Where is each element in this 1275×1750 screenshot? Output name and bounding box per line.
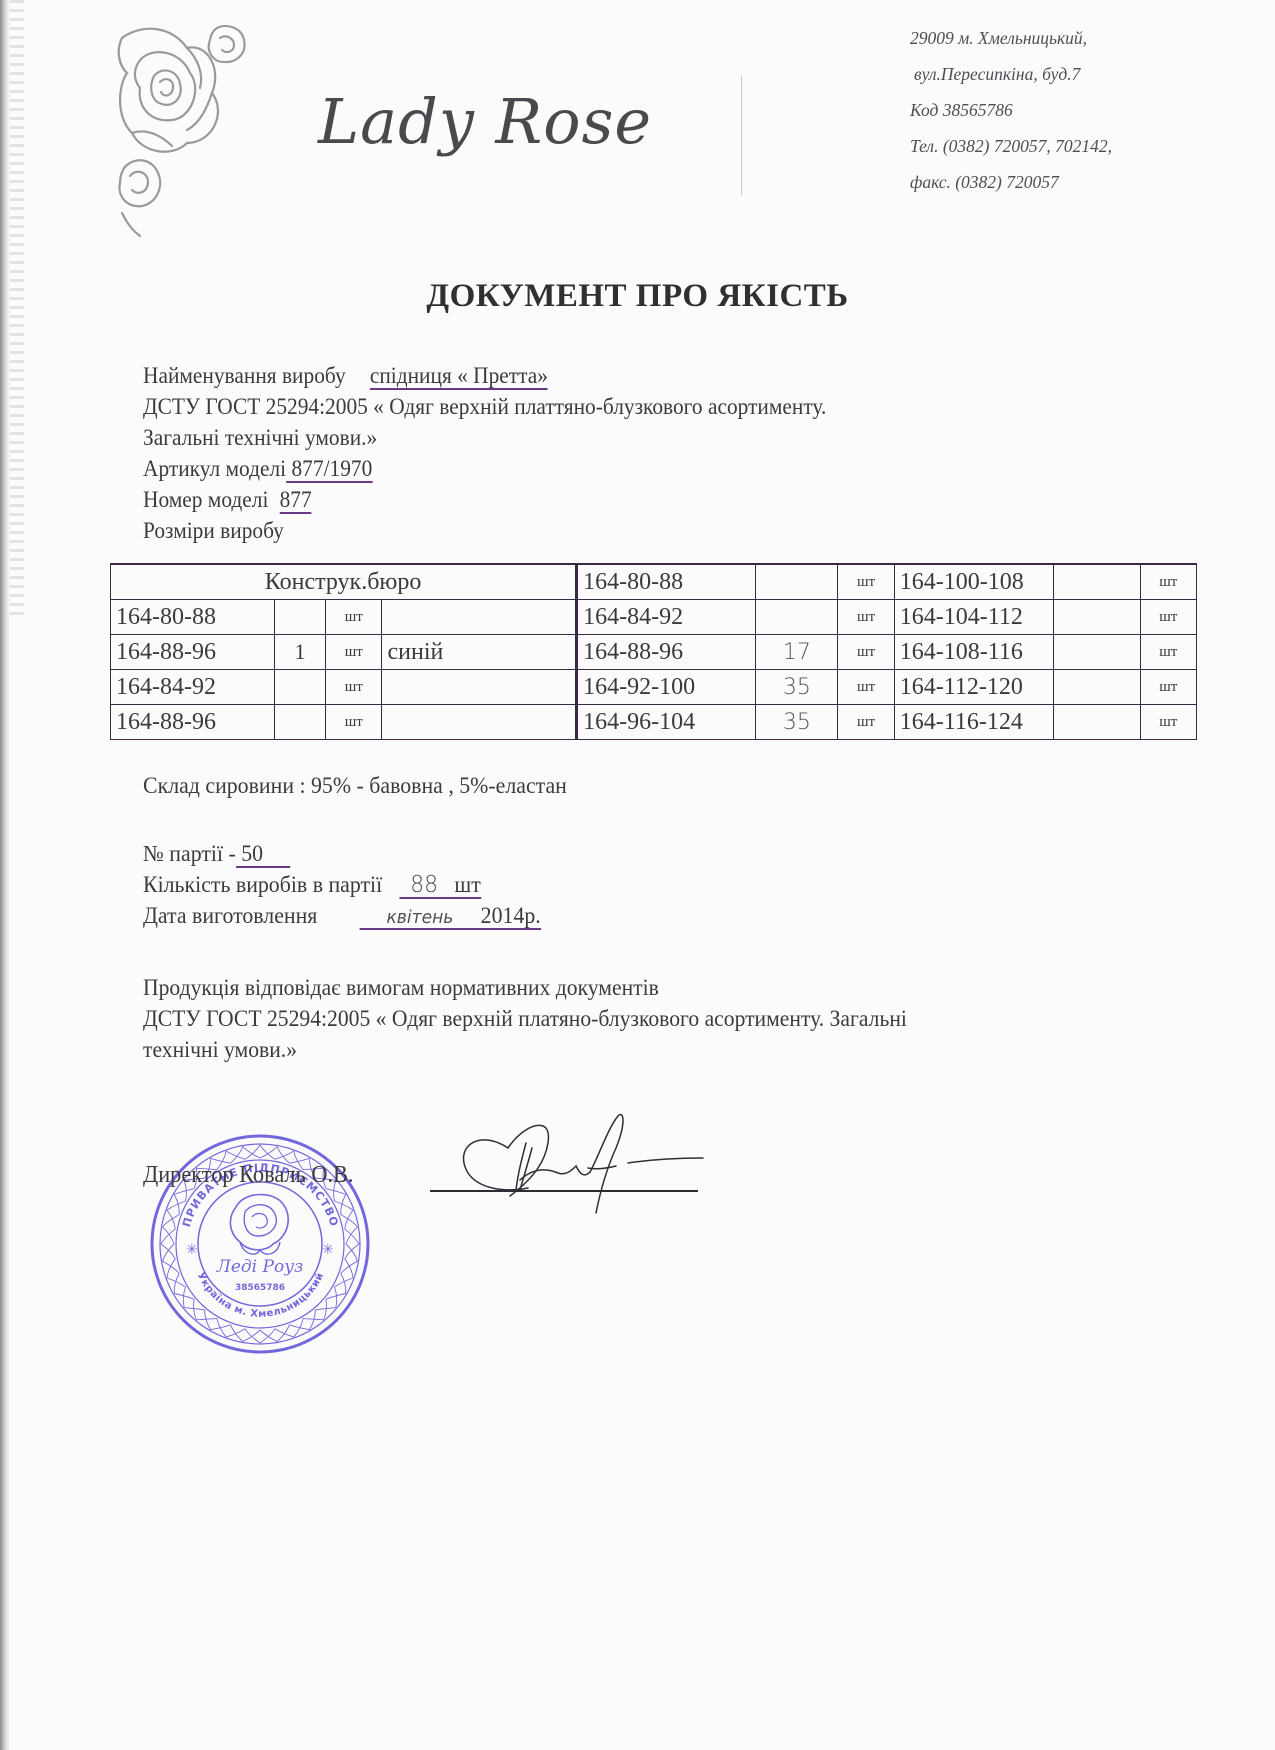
- size-cell: 164-88-96: [577, 635, 756, 670]
- conformity-line-2: ДСТУ ГОСТ 25294:2005 « Одяг верхній плат…: [143, 1003, 1177, 1034]
- unit-cell: шт: [1140, 670, 1196, 705]
- color-note-cell: [382, 670, 577, 705]
- document-title: ДОКУМЕНТ ПРО ЯКІСТЬ: [0, 278, 1275, 315]
- manufacture-date-label: Дата виготовлення: [143, 903, 317, 928]
- stamp-center-text: Леді Роуз: [216, 1257, 304, 1277]
- unit-cell: шт: [838, 635, 894, 670]
- model-number-label: Номер моделі: [143, 487, 268, 512]
- scan-edge: [0, 0, 10, 1750]
- unit-cell: шт: [1140, 635, 1196, 670]
- manufacture-month-handwritten: квітень: [386, 907, 453, 928]
- batch-number: 50: [241, 841, 263, 866]
- unit-cell: шт: [1140, 564, 1196, 600]
- quantity-cell: 17: [756, 635, 838, 670]
- quantity-cell: [1053, 635, 1140, 670]
- batch-info: № партії - 50 Кількість виробів в партії…: [143, 838, 562, 931]
- size-cell: 164-112-120: [894, 670, 1053, 705]
- unit-cell: шт: [838, 564, 894, 600]
- standard-line-1: ДСТУ ГОСТ 25294:2005 « Одяг верхній плат…: [143, 391, 1147, 422]
- address-line: вул.Пересипкіна, буд.7: [910, 56, 1250, 92]
- quantity-cell: [1053, 705, 1140, 740]
- quantity-cell: [1053, 670, 1140, 705]
- conformity-line-3: технічні умови.»: [143, 1034, 1177, 1065]
- size-cell: 164-116-124: [894, 705, 1053, 740]
- product-name-label: Найменування виробу: [143, 363, 346, 388]
- batch-count-unit: шт: [454, 872, 480, 897]
- size-cell: 164-104-112: [894, 600, 1053, 635]
- size-cell: 164-96-104: [577, 705, 756, 740]
- article-value: 877/1970: [286, 456, 372, 483]
- standard-line-2: Загальні технічні умови.»: [143, 422, 1147, 453]
- unit-cell: шт: [326, 635, 382, 670]
- svg-text:Україна м. Хмельницький: Україна м. Хмельницький: [195, 1271, 327, 1320]
- unit-cell: шт: [838, 600, 894, 635]
- conformity-statement: Продукція відповідає вимогам нормативних…: [143, 972, 1243, 1065]
- article-label: Артикул моделі: [143, 456, 286, 481]
- stamp-bottom-text: Україна м. Хмельницький: [195, 1271, 327, 1320]
- quantity-cell: [274, 600, 325, 635]
- model-number-value: 877: [280, 487, 312, 514]
- quantity-cell: [1053, 600, 1140, 635]
- color-note-cell: [382, 600, 577, 635]
- batch-number-value: 50: [236, 841, 291, 868]
- director-label: Директор Коваль О.В.: [143, 1160, 353, 1191]
- article-row: Артикул моделі 877/1970: [143, 453, 1147, 484]
- quantity-cell: [274, 670, 325, 705]
- brand-logo: Lady Rose: [318, 85, 658, 195]
- size-cell: 164-80-88: [111, 600, 275, 635]
- quantity-cell: [1053, 564, 1140, 600]
- batch-count-handwritten: 88: [410, 872, 438, 898]
- svg-text:✳: ✳: [186, 1242, 198, 1258]
- quantity-cell: 35: [756, 670, 838, 705]
- unit-cell: шт: [1140, 705, 1196, 740]
- unit-cell: шт: [838, 670, 894, 705]
- svg-text:✳: ✳: [322, 1242, 334, 1258]
- conformity-line-1: Продукція відповідає вимогам нормативних…: [143, 972, 1177, 1003]
- color-note-cell: [382, 705, 577, 740]
- table-row: Конструк.бюро164-80-88шт164-100-108шт: [111, 564, 1197, 600]
- batch-count-value: 88 шт: [399, 872, 481, 899]
- quantity-cell: 1: [274, 635, 325, 670]
- batch-count-label: Кількість виробів в партії: [143, 872, 382, 897]
- table-row: 164-88-96шт164-96-10435шт164-116-124шт: [111, 705, 1197, 740]
- address-line: 29009 м. Хмельницький,: [910, 20, 1250, 56]
- size-cell: 164-84-92: [577, 600, 756, 635]
- unit-cell: шт: [326, 705, 382, 740]
- quantity-cell: 35: [756, 705, 838, 740]
- size-cell: 164-100-108: [894, 564, 1053, 600]
- composition-text: Склад сировини : 95% - бавовна , 5%-елас…: [143, 770, 567, 801]
- size-cell: 164-80-88: [577, 564, 756, 600]
- product-name-value: спідниця « Претта»: [370, 363, 548, 390]
- manufacture-year: 2014р.: [481, 903, 541, 928]
- rose-ornament-icon: [112, 18, 252, 238]
- quantity-cell: [274, 705, 325, 740]
- batch-number-row: № партії - 50: [143, 838, 541, 869]
- address-line: Код 38565786: [910, 92, 1250, 128]
- batch-number-label: № партії -: [143, 841, 236, 866]
- design-bureau-header: Конструк.бюро: [111, 564, 577, 600]
- size-cell: 164-92-100: [577, 670, 756, 705]
- quantity-cell: [756, 600, 838, 635]
- stamp-code: 38565786: [235, 1283, 285, 1293]
- batch-count-row: Кількість виробів в партії 88 шт: [143, 869, 541, 900]
- director-signature-row: Директор Коваль О.В.: [143, 1160, 369, 1191]
- article-number: 877/1970: [291, 456, 372, 481]
- manufacture-date-row: Дата виготовлення квітень 2014р.: [143, 900, 541, 931]
- color-note-cell: синій: [382, 635, 577, 670]
- unit-cell: шт: [326, 600, 382, 635]
- size-cell: 164-88-96: [111, 705, 275, 740]
- table-row: 164-84-92шт164-92-10035шт164-112-120шт: [111, 670, 1197, 705]
- size-cell: 164-84-92: [111, 670, 275, 705]
- unit-cell: шт: [1140, 600, 1196, 635]
- product-info: Найменування виробуспідниця « Претта» ДС…: [143, 360, 1223, 546]
- unit-cell: шт: [326, 670, 382, 705]
- size-cell: 164-108-116: [894, 635, 1053, 670]
- sizes-label: Розміри виробу: [143, 515, 1147, 546]
- table-row: 164-80-88шт164-84-92шт164-104-112шт: [111, 600, 1197, 635]
- company-address: 29009 м. Хмельницький, вул.Пересипкіна, …: [910, 20, 1250, 200]
- address-line: Тел. (0382) 720057, 702142,: [910, 128, 1250, 164]
- address-line: факс. (0382) 720057: [910, 164, 1250, 200]
- size-table: Конструк.бюро164-80-88шт164-100-108шт164…: [110, 563, 1197, 740]
- size-cell: 164-88-96: [111, 635, 275, 670]
- unit-cell: шт: [838, 705, 894, 740]
- product-name-row: Найменування виробуспідниця « Претта»: [143, 360, 1147, 391]
- handwritten-signature-icon: [448, 1108, 708, 1218]
- model-number-row: Номер моделі877: [143, 484, 1147, 515]
- quantity-cell: [756, 564, 838, 600]
- header-divider: [741, 75, 742, 195]
- manufacture-date-value: квітень 2014р.: [359, 903, 541, 930]
- composition-block: Склад сировини : 95% - бавовна , 5%-елас…: [143, 770, 589, 801]
- table-row: 164-88-961штсиній164-88-9617шт164-108-11…: [111, 635, 1197, 670]
